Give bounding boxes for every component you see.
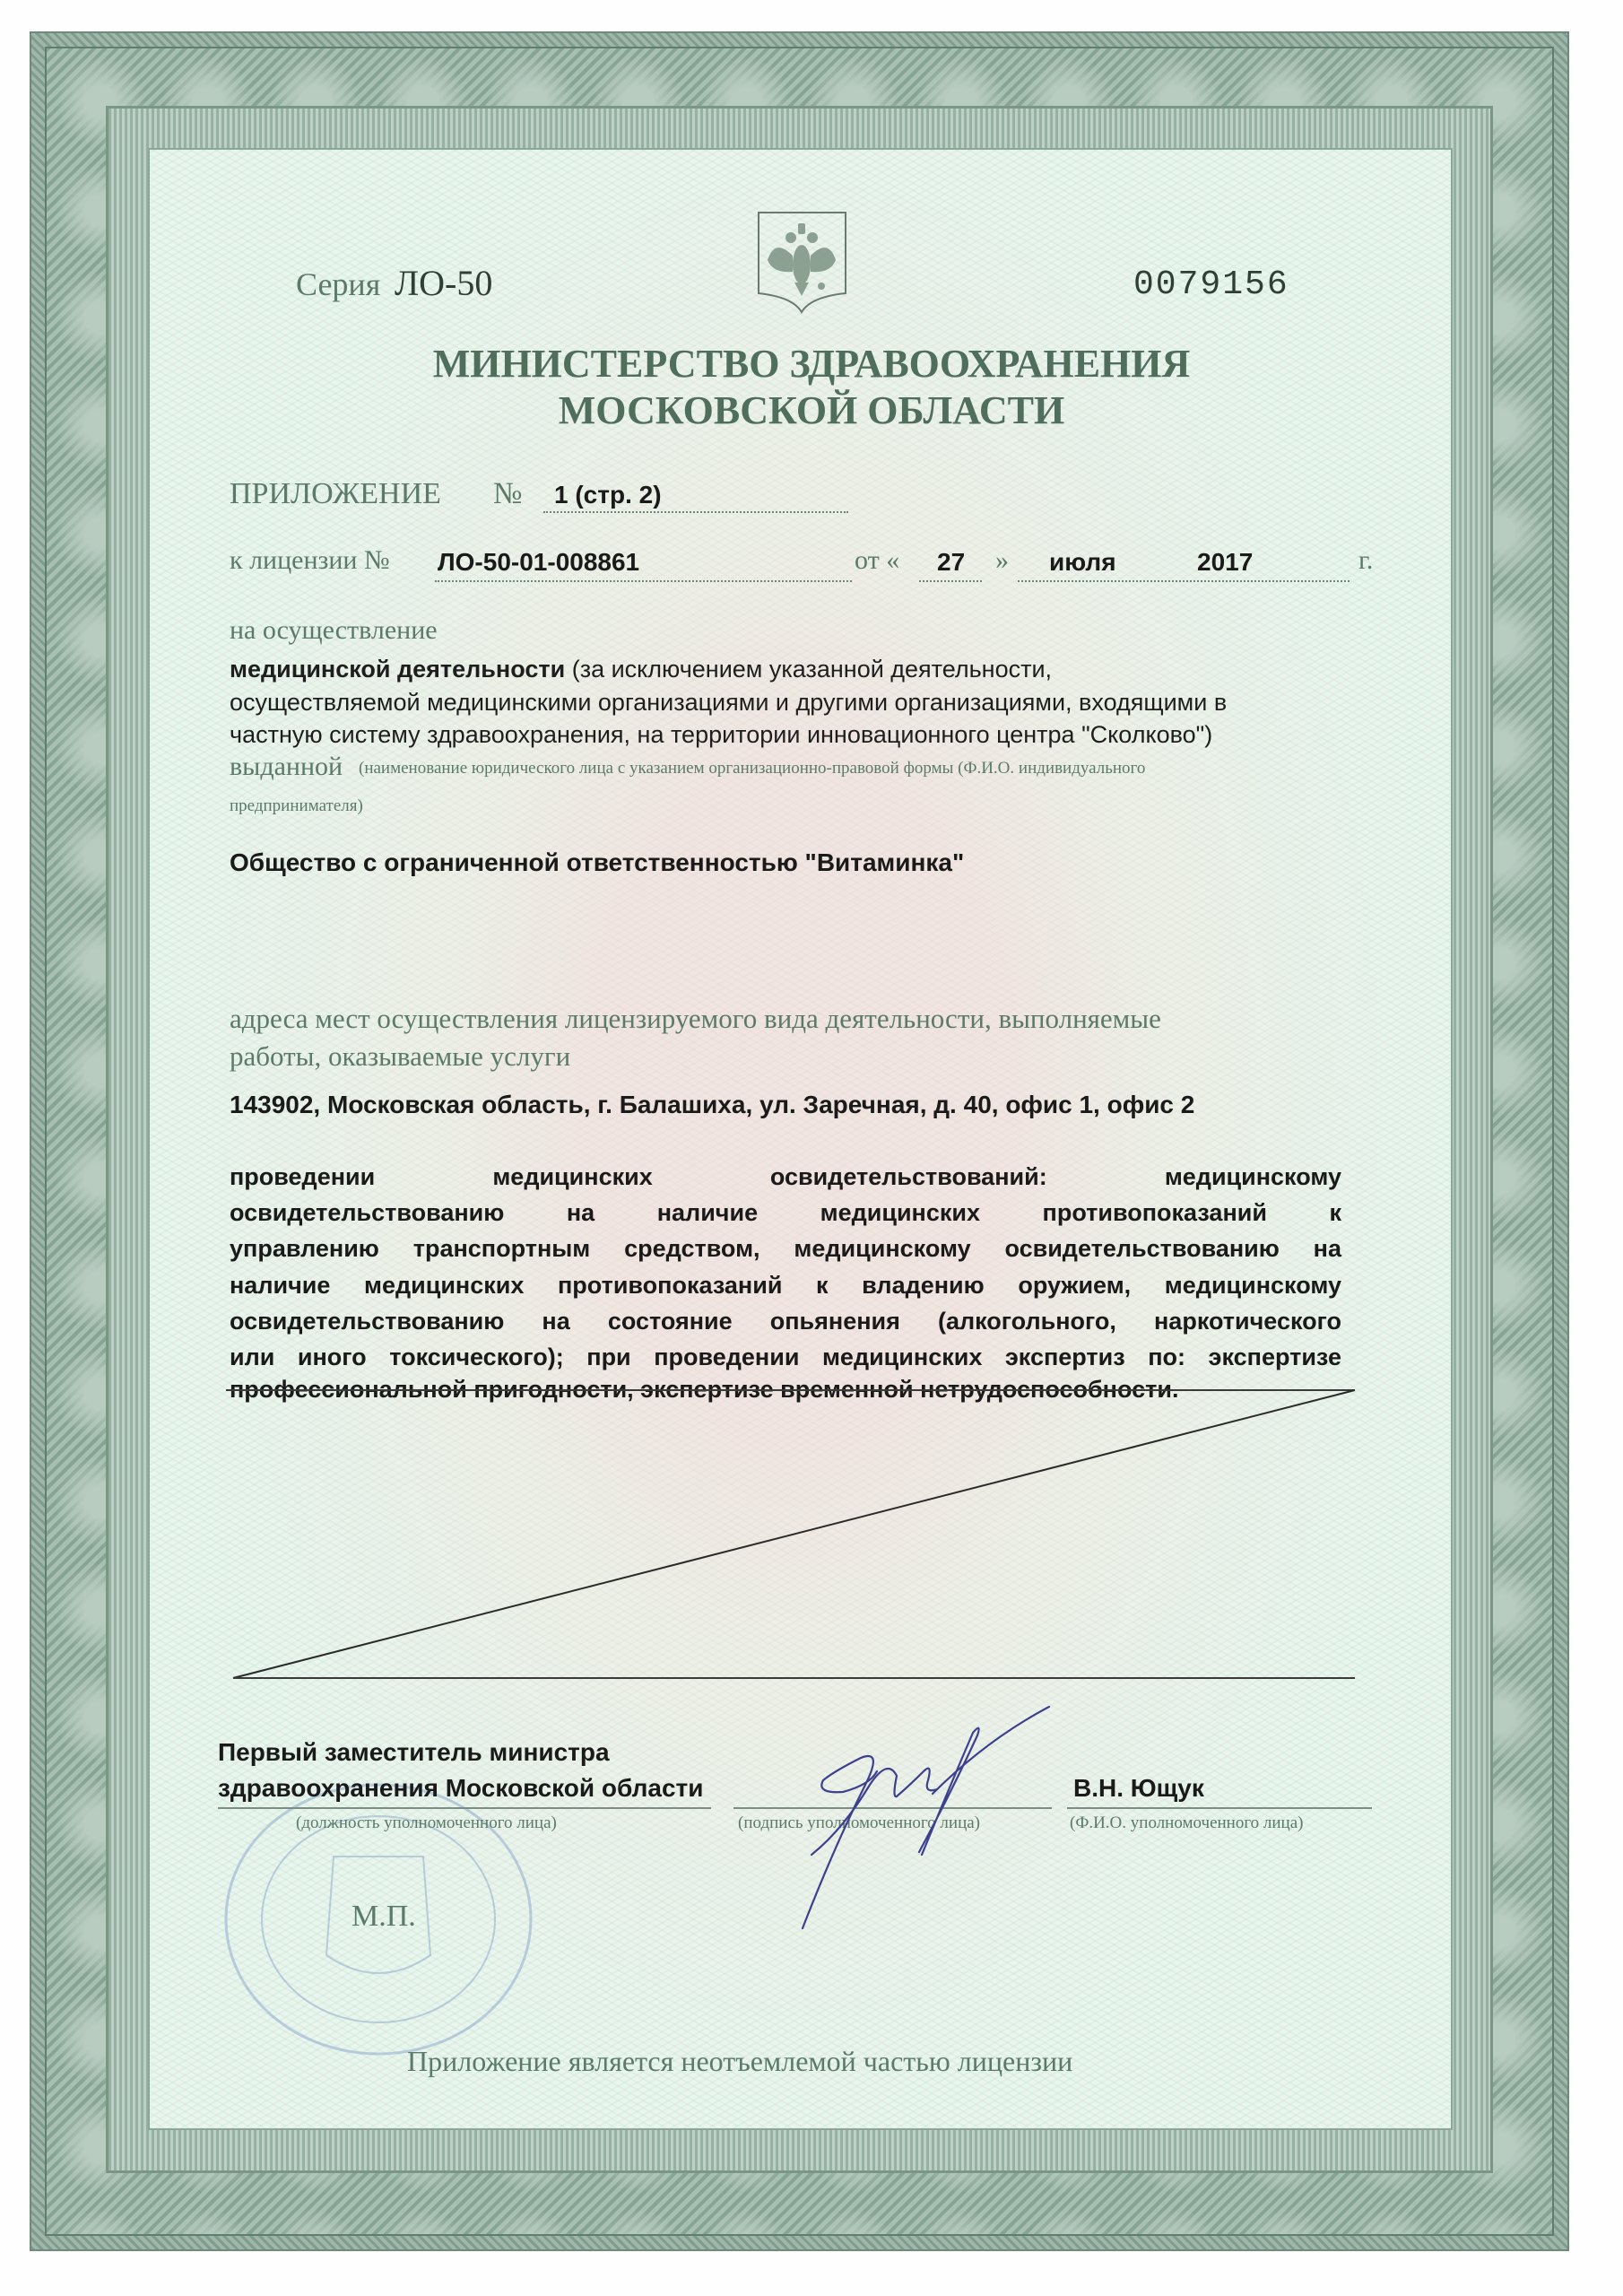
footer-note: Приложение является неотъемлемой частью … xyxy=(407,2045,1072,2078)
handwritten-signature-icon xyxy=(0,0,1623,2296)
